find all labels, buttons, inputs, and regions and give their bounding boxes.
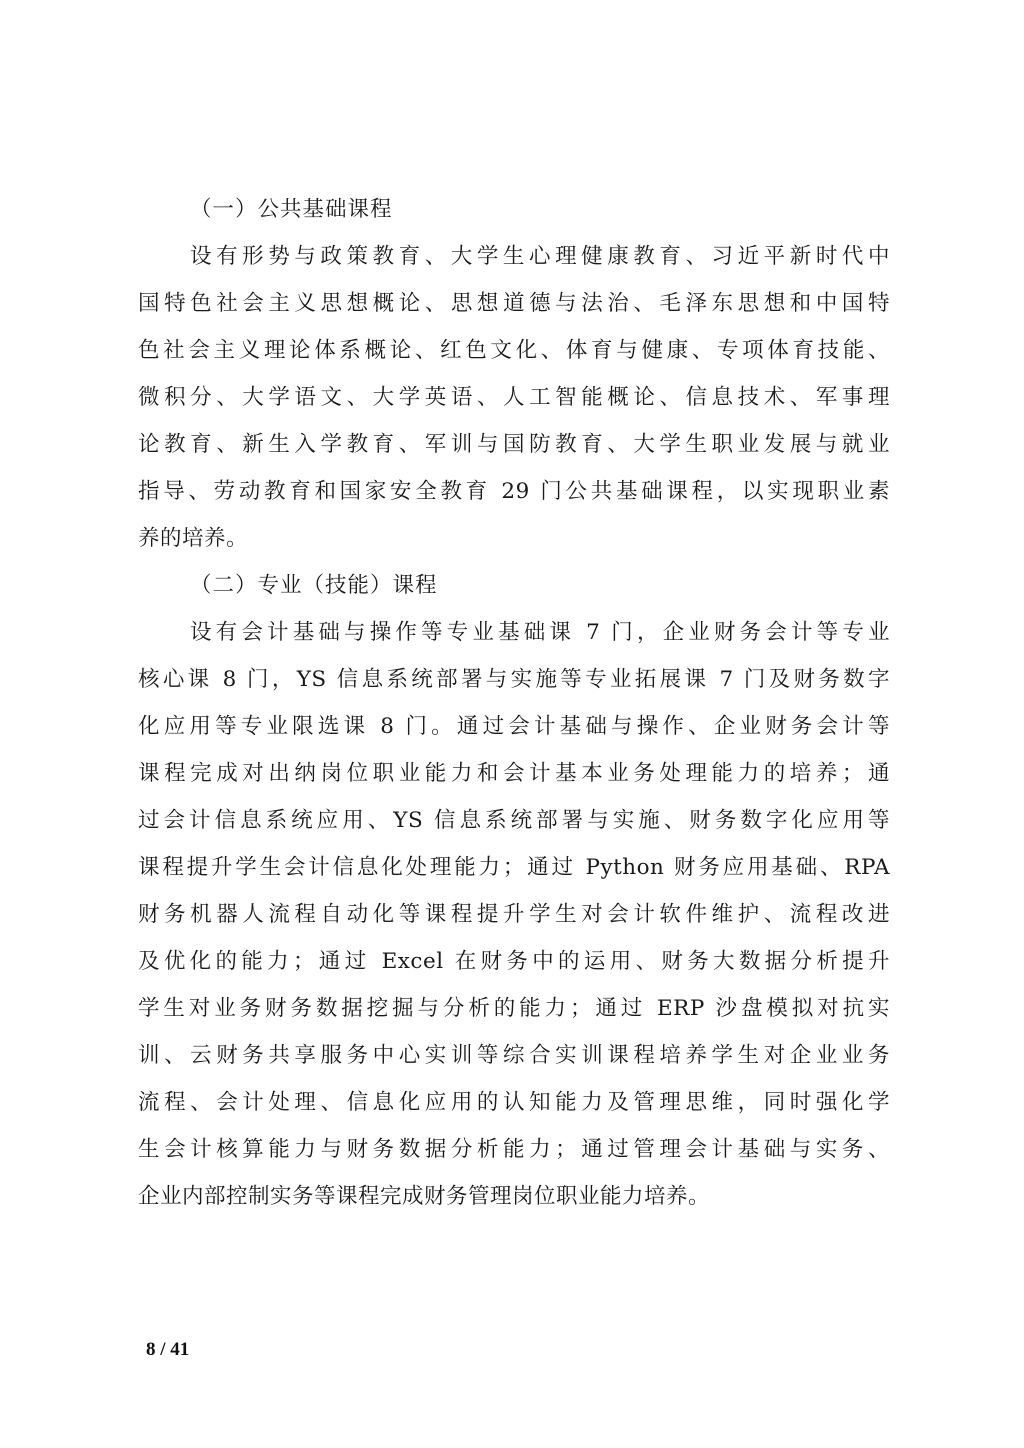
text-line: 课程完成对出纳岗位职业能力和会计基本业务处理能力的培养；通	[138, 750, 890, 797]
text-line: 色社会主义理论体系概论、红色文化、体育与健康、专项体育技能、	[138, 327, 890, 374]
text-line: 论教育、新生入学教育、军训与国防教育、大学生职业发展与就业	[138, 421, 890, 468]
page-number: 8 / 41	[146, 1339, 189, 1361]
text-line: 流程、会计处理、信息化应用的认知能力及管理思维，同时强化学	[138, 1079, 890, 1126]
text-line: 微积分、大学语文、大学英语、人工智能概论、信息技术、军事理	[138, 374, 890, 421]
paragraph-public-courses: 设有形势与政策教育、大学生心理健康教育、习近平新时代中 国特色社会主义思想概论、…	[138, 233, 890, 562]
text-line: 核心课 8 门，YS 信息系统部署与实施等专业拓展课 7 门及财务数字	[138, 656, 890, 703]
section-heading-public-courses: （一）公共基础课程	[138, 186, 890, 233]
text-line: 养的培养。	[138, 515, 890, 562]
text-line: 财务机器人流程自动化等课程提升学生对会计软件维护、流程改进	[138, 891, 890, 938]
text-line: 指导、劳动教育和国家安全教育 29 门公共基础课程，以实现职业素	[138, 468, 890, 515]
paragraph-professional-courses: 设有会计基础与操作等专业基础课 7 门，企业财务会计等专业 核心课 8 门，YS…	[138, 609, 890, 1220]
text-line: 国特色社会主义思想概论、思想道德与法治、毛泽东思想和中国特	[138, 280, 890, 327]
text-line: 训、云财务共享服务中心实训等综合实训课程培养学生对企业业务	[138, 1032, 890, 1079]
text-line: 设有形势与政策教育、大学生心理健康教育、习近平新时代中	[138, 233, 890, 280]
text-line: 化应用等专业限选课 8 门。通过会计基础与操作、企业财务会计等	[138, 703, 890, 750]
document-page: （一）公共基础课程 设有形势与政策教育、大学生心理健康教育、习近平新时代中 国特…	[138, 186, 890, 1220]
text-line: 过会计信息系统应用、YS 信息系统部署与实施、财务数字化应用等	[138, 797, 890, 844]
text-line: 学生对业务财务数据挖掘与分析的能力；通过 ERP 沙盘模拟对抗实	[138, 985, 890, 1032]
text-line: 课程提升学生会计信息化处理能力；通过 Python 财务应用基础、RPA	[138, 844, 890, 891]
text-line: 生会计核算能力与财务数据分析能力；通过管理会计基础与实务、	[138, 1126, 890, 1173]
text-line: 设有会计基础与操作等专业基础课 7 门，企业财务会计等专业	[138, 609, 890, 656]
section-heading-professional-courses: （二）专业（技能）课程	[138, 562, 890, 609]
text-line: 企业内部控制实务等课程完成财务管理岗位职业能力培养。	[138, 1173, 890, 1220]
text-line: 及优化的能力；通过 Excel 在财务中的运用、财务大数据分析提升	[138, 938, 890, 985]
